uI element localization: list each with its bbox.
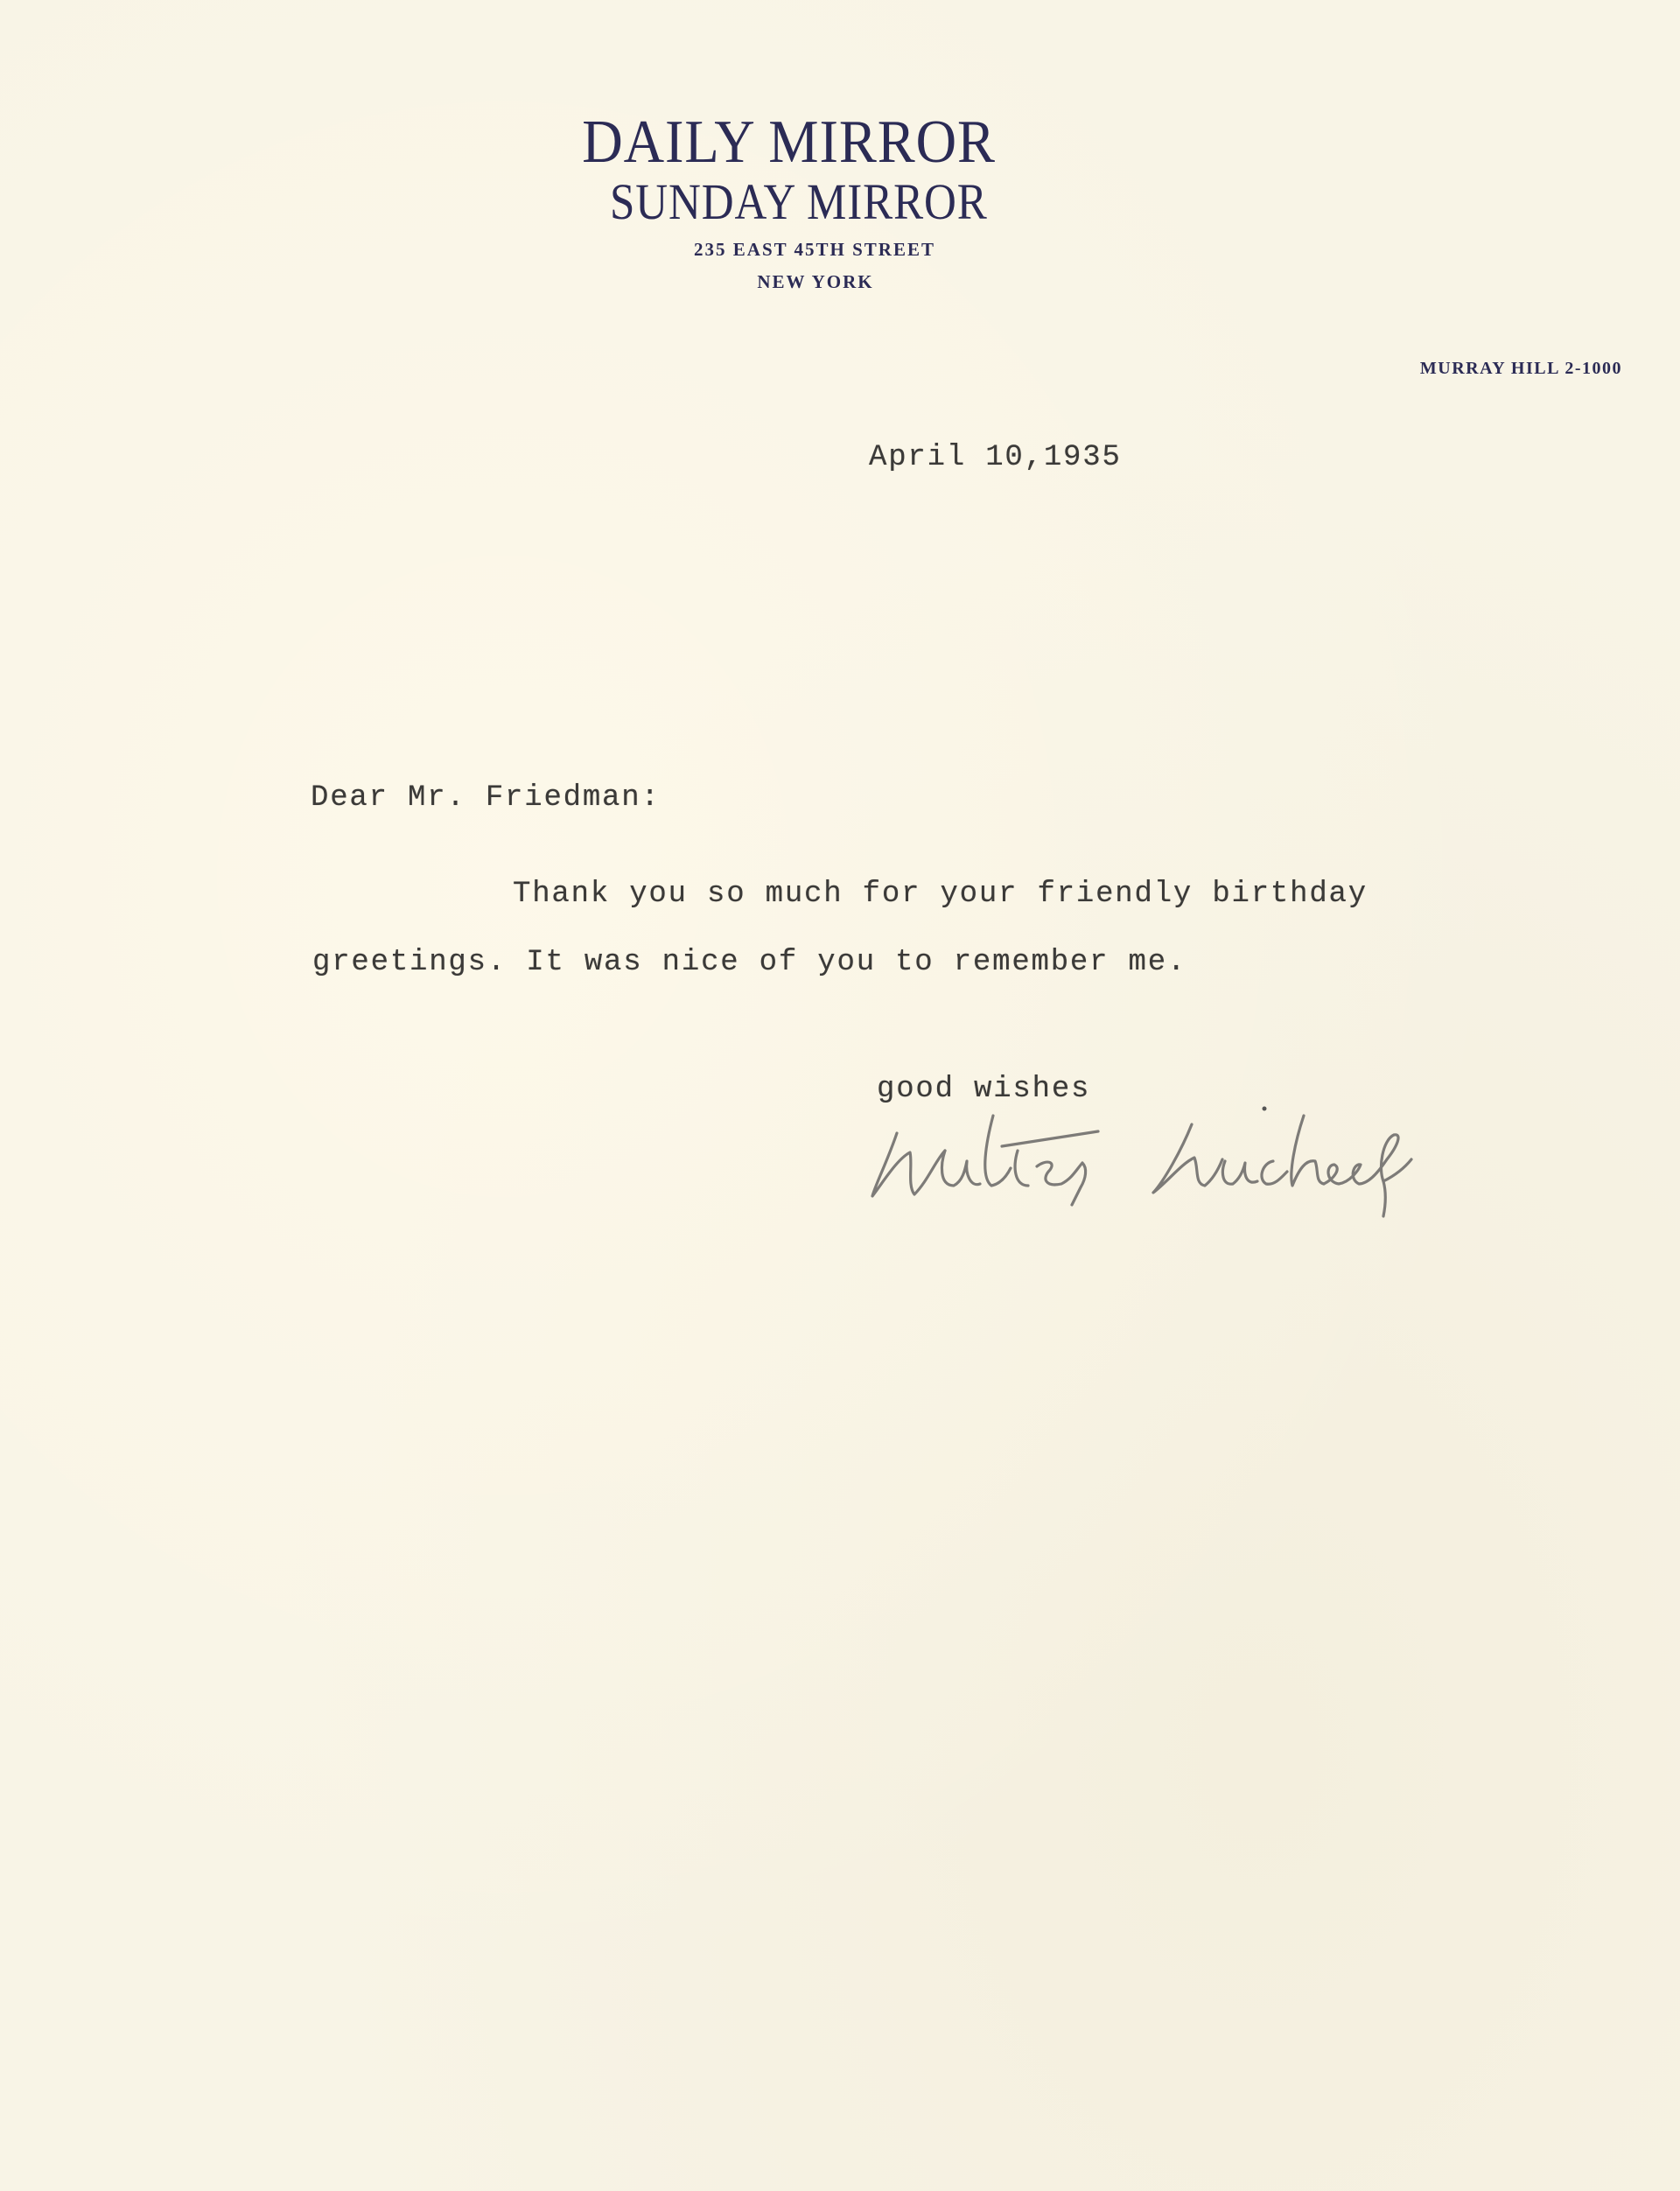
signature-scribble-icon <box>862 1098 1474 1273</box>
letterhead-subtitle: SUNDAY MIRROR <box>610 177 966 227</box>
body-paragraph-line: Thank you so much for your friendly birt… <box>513 879 1368 909</box>
body-paragraph-line: greetings. It was nice of you to remembe… <box>312 948 1186 977</box>
letterhead-title: DAILY MIRROR <box>573 112 1004 173</box>
letter-date: April 10,1935 <box>869 443 1122 472</box>
letterhead-city: NEW YORK <box>749 272 882 291</box>
handwritten-signature <box>862 1098 1474 1273</box>
letterhead-address: 235 EAST 45TH STREET <box>661 240 968 259</box>
letterhead-phone: MURRAY HILL 2-1000 <box>1363 359 1622 378</box>
salutation: Dear Mr. Friedman: <box>311 783 661 813</box>
